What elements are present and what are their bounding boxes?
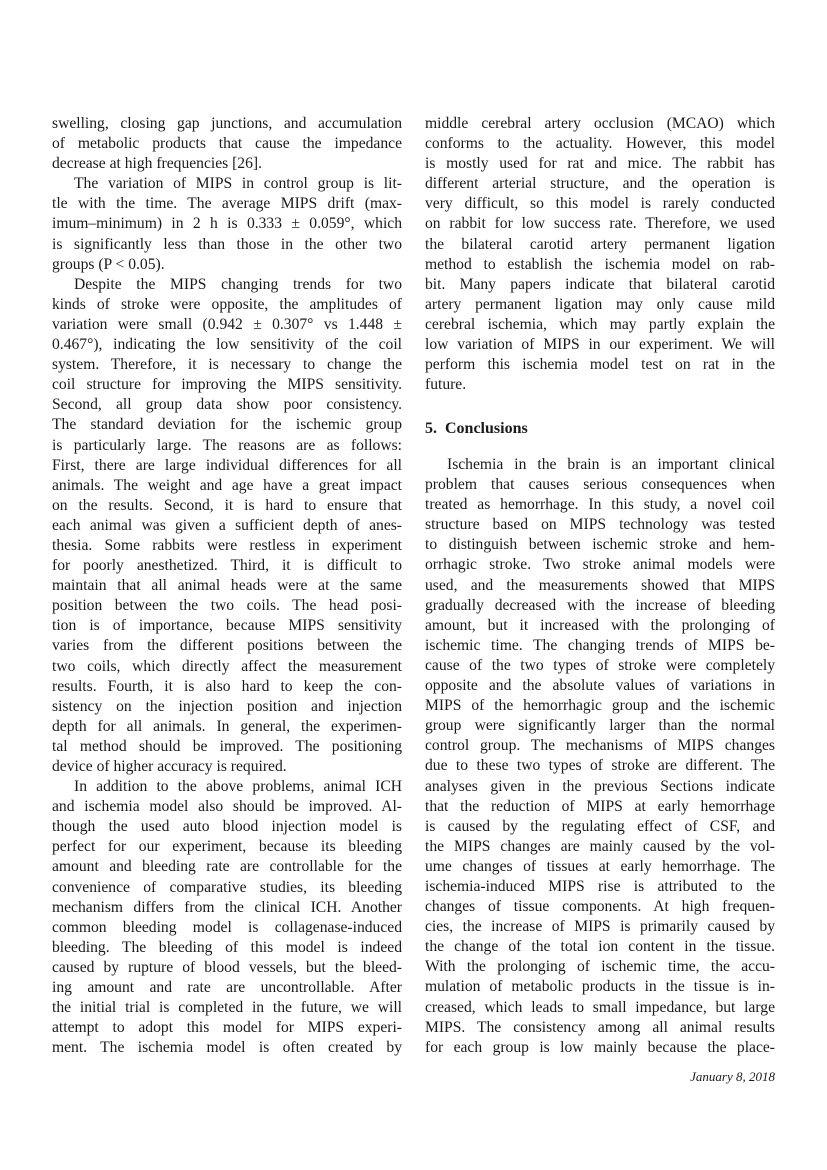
text-line: that the reduction of MIPS at early hemo… <box>425 797 775 817</box>
text-line: artery permanent ligation may only cause… <box>425 295 775 315</box>
text-line: creased, which leads to small impedance,… <box>425 998 775 1018</box>
text-line: gradually decreased with the increase of… <box>425 596 775 616</box>
text-line: ing amount and rate are uncontrollable. … <box>52 978 402 998</box>
text-line: each animal was given a sufficient depth… <box>52 516 402 536</box>
text-line: orrhagic stroke. Two stroke animal model… <box>425 555 775 575</box>
text-line: to distinguish between ischemic stroke a… <box>425 535 775 555</box>
text-line: attempt to adopt this model for MIPS exp… <box>52 1018 402 1038</box>
text-line: results. Fourth, it is also hard to keep… <box>52 677 402 697</box>
text-line: bit. Many papers indicate that bilateral… <box>425 275 775 295</box>
text-line: With the prolonging of ischemic time, th… <box>425 957 775 977</box>
text-line: problem that causes serious consequences… <box>425 475 775 495</box>
text-line: thesia. Some rabbits were restless in ex… <box>52 536 402 556</box>
text-line: tal method should be improved. The posit… <box>52 737 402 757</box>
section-title: Conclusions <box>445 420 528 437</box>
text-line: system. Therefore, it is necessary to ch… <box>52 355 402 375</box>
text-line: perform this ischemia model test on rat … <box>425 355 775 375</box>
text-line: Ischemia in the brain is an important cl… <box>425 455 775 475</box>
text-line: though the used auto blood injection mod… <box>52 817 402 837</box>
text-line: amount and bleeding rate are controllabl… <box>52 857 402 877</box>
text-line: analyses given in the previous Sections … <box>425 777 775 797</box>
text-line: the MIPS changes are mainly caused by th… <box>425 837 775 857</box>
text-line: maintain that all animal heads were at t… <box>52 576 402 596</box>
text-line: cause of the two types of stroke were co… <box>425 656 775 676</box>
text-line: coil structure for improving the MIPS se… <box>52 375 402 395</box>
text-line: The variation of MIPS in control group i… <box>52 174 402 194</box>
text-line: MIPS of the hemorrhagic group and the is… <box>425 696 775 716</box>
text-line: The standard deviation for the ischemic … <box>52 415 402 435</box>
text-line: conforms to the actuality. However, this… <box>425 134 775 154</box>
text-line: opposite and the absolute values of vari… <box>425 676 775 696</box>
section-number: 5. <box>425 420 437 437</box>
text-line: for each group is low mainly because the… <box>425 1038 775 1058</box>
text-line: control group. The mechanisms of MIPS ch… <box>425 736 775 756</box>
text-line: low variation of MIPS in our experiment.… <box>425 335 775 355</box>
page-date: January 8, 2018 <box>690 1069 775 1085</box>
section-heading-conclusions: 5.Conclusions <box>425 420 528 438</box>
text-line: position between the two coils. The head… <box>52 596 402 616</box>
text-line: is mostly used for rat and mice. The rab… <box>425 154 775 174</box>
text-line: ischemic time. The changing trends of MI… <box>425 636 775 656</box>
text-line: the initial trial is completed in the fu… <box>52 998 402 1018</box>
text-line: decrease at high frequencies [26]. <box>52 154 402 174</box>
text-line: convenience of comparative studies, its … <box>52 878 402 898</box>
text-line: varies from the different positions betw… <box>52 636 402 656</box>
text-line: of metabolic products that cause the imp… <box>52 134 402 154</box>
text-line: Second, all group data show poor consist… <box>52 395 402 415</box>
text-line: mulation of metabolic products in the ti… <box>425 977 775 997</box>
text-line: very difficult, so this model is rarely … <box>425 194 775 214</box>
right-column-conclusions: Ischemia in the brain is an important cl… <box>425 455 775 1058</box>
text-line: tion is of importance, because MIPS sens… <box>52 616 402 636</box>
text-line: cerebral ischemia, which may partly expl… <box>425 315 775 335</box>
text-line: common bleeding model is collagenase-ind… <box>52 918 402 938</box>
text-line: depth for all animals. In general, the e… <box>52 717 402 737</box>
text-line: is significantly less than those in the … <box>52 235 402 255</box>
text-line: imum–minimum) in 2 h is 0.333 ± 0.059°, … <box>52 214 402 234</box>
text-line: tle with the time. The average MIPS drif… <box>52 194 402 214</box>
text-line: First, there are large individual differ… <box>52 456 402 476</box>
text-line: changes of tissue components. At high fr… <box>425 897 775 917</box>
text-line: the bilateral carotid artery permanent l… <box>425 235 775 255</box>
text-line: on the results. Second, it is hard to en… <box>52 496 402 516</box>
text-line: treated as hemorrhage. In this study, a … <box>425 495 775 515</box>
text-line: MIPS. The consistency among all animal r… <box>425 1018 775 1038</box>
text-line: on rabbit for low success rate. Therefor… <box>425 214 775 234</box>
text-line: ment. The ischemia model is often create… <box>52 1038 402 1058</box>
text-line: cies, the increase of MIPS is primarily … <box>425 917 775 937</box>
text-line: amount, but it increased with the prolon… <box>425 616 775 636</box>
text-line: method to establish the ischemia model o… <box>425 255 775 275</box>
text-line: groups (P < 0.05). <box>52 255 402 275</box>
text-line: caused by rupture of blood vessels, but … <box>52 958 402 978</box>
text-line: different arterial structure, and the op… <box>425 174 775 194</box>
text-line: the change of the total ion content in t… <box>425 937 775 957</box>
text-line: bleeding. The bleeding of this model is … <box>52 938 402 958</box>
text-line: is particularly large. The reasons are a… <box>52 436 402 456</box>
text-line: used, and the measurements showed that M… <box>425 576 775 596</box>
text-line: variation were small (0.942 ± 0.307° vs … <box>52 315 402 335</box>
left-column: swelling, closing gap junctions, and acc… <box>52 114 402 1058</box>
text-line: mechanism differs from the clinical ICH.… <box>52 898 402 918</box>
text-line: and ischemia model also should be improv… <box>52 797 402 817</box>
text-line: future. <box>425 375 775 395</box>
text-line: ischemia-induced MIPS rise is attributed… <box>425 877 775 897</box>
text-line: sistency on the injection position and i… <box>52 697 402 717</box>
text-line: Despite the MIPS changing trends for two <box>52 275 402 295</box>
text-line: structure based on MIPS technology was t… <box>425 515 775 535</box>
text-line: ume changes of tissues at early hemorrha… <box>425 857 775 877</box>
text-line: In addition to the above problems, anima… <box>52 777 402 797</box>
text-line: middle cerebral artery occlusion (MCAO) … <box>425 114 775 134</box>
text-line: group were significantly larger than the… <box>425 716 775 736</box>
text-line: perfect for our experiment, because its … <box>52 837 402 857</box>
text-line: is caused by the regulating effect of CS… <box>425 817 775 837</box>
text-line: animals. The weight and age have a great… <box>52 476 402 496</box>
right-column-top: middle cerebral artery occlusion (MCAO) … <box>425 114 775 395</box>
text-line: kinds of stroke were opposite, the ampli… <box>52 295 402 315</box>
text-line: swelling, closing gap junctions, and acc… <box>52 114 402 134</box>
text-line: for poorly anesthetized. Third, it is di… <box>52 556 402 576</box>
text-line: device of higher accuracy is required. <box>52 757 402 777</box>
text-line: 0.467°), indicating the low sensitivity … <box>52 335 402 355</box>
text-line: two coils, which directly affect the mea… <box>52 657 402 677</box>
text-line: due to these two types of stroke are dif… <box>425 756 775 776</box>
